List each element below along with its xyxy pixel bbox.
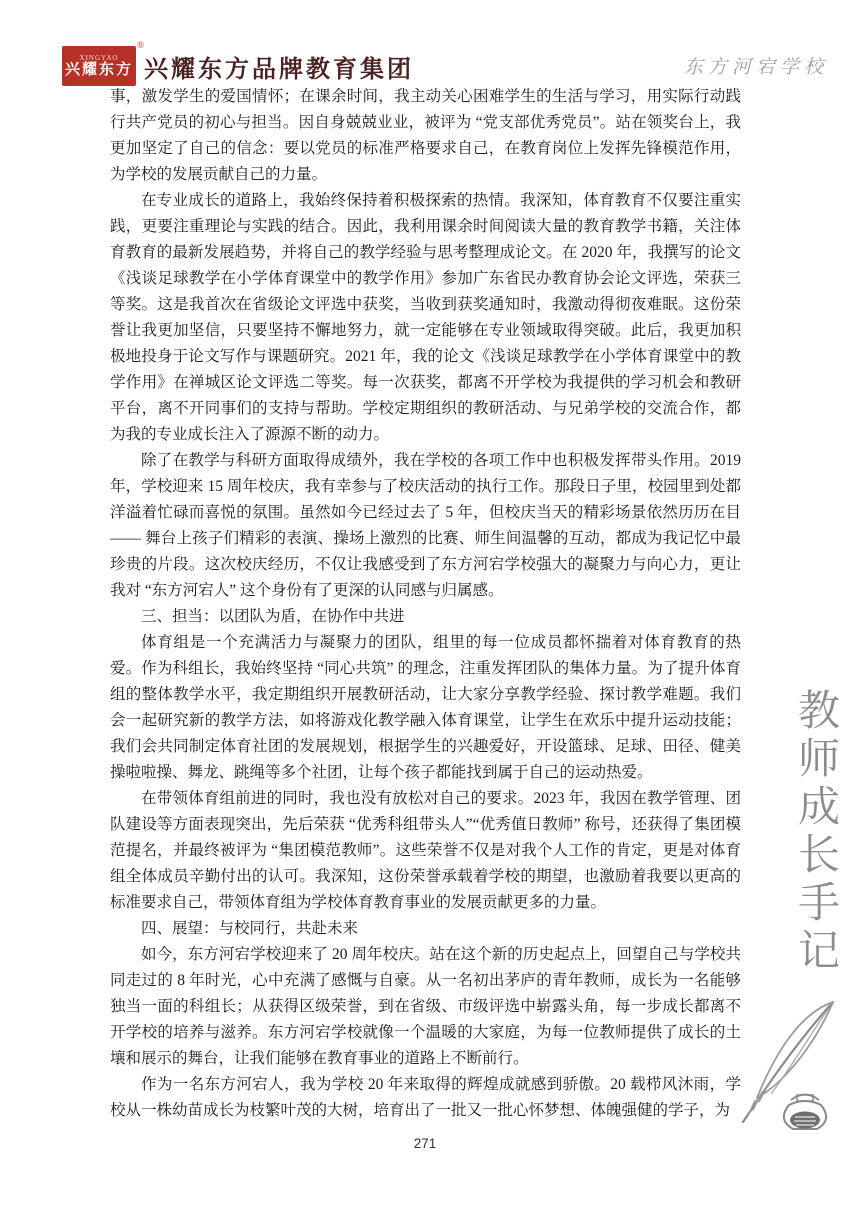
- document-body: 事，激发学生的爱国情怀；在课余时间，我主动关心困难学生的生活与学习，用实际行动践…: [110, 84, 741, 1124]
- paragraph: 如今，东方河宕学校迎来了 20 周年校庆。站在这个新的历史起点上，回望自己与学校…: [110, 942, 741, 1072]
- paragraph: 体育组是一个充满活力与凝聚力的团队，组里的每一位成员都怀揣着对体育教育的热爱。作…: [110, 630, 741, 786]
- seal-top-text: XINGYAO: [80, 54, 119, 62]
- paragraph: 作为一名东方河宕人，我为学校 20 年来取得的辉煌成就感到骄傲。20 载栉风沐雨…: [110, 1072, 741, 1124]
- section-heading-3: 三、担当：以团队为盾，在协作中共进: [110, 604, 741, 630]
- seal-main-text: 兴耀东方: [65, 62, 133, 79]
- side-calligraphy: 教师成长手记: [790, 688, 842, 998]
- document-page: XINGYAO 兴耀东方 ® 兴耀东方品牌教育集团 东方河宕学校 事，激发学生的…: [0, 0, 850, 1205]
- paragraph: 除了在教学与科研方面取得成绩外，我在学校的各项工作中也积极发挥带头作用。2019…: [110, 448, 741, 604]
- paragraph-continuation: 事，激发学生的爱国情怀；在课余时间，我主动关心困难学生的生活与学习，用实际行动践…: [110, 84, 741, 188]
- paragraph: 在专业成长的道路上，我始终保持着积极探索的热情。我深知，体育教育不仅要注重实践，…: [110, 188, 741, 448]
- school-name: 东方河宕学校: [684, 52, 828, 79]
- page-number: 271: [0, 1136, 850, 1151]
- section-heading-4: 四、展望：与校同行，共赴未来: [110, 916, 741, 942]
- brand-title: 兴耀东方品牌教育集团: [144, 49, 414, 84]
- brand-seal-logo: XINGYAO 兴耀东方 ®: [62, 46, 136, 86]
- quill-and-ink-icon: [733, 996, 850, 1138]
- paragraph: 在带领体育组前进的同时，我也没有放松对自己的要求。2023 年，我因在教学管理、…: [110, 786, 741, 916]
- header-left: XINGYAO 兴耀东方 ® 兴耀东方品牌教育集团: [62, 46, 414, 86]
- registered-mark: ®: [137, 40, 144, 50]
